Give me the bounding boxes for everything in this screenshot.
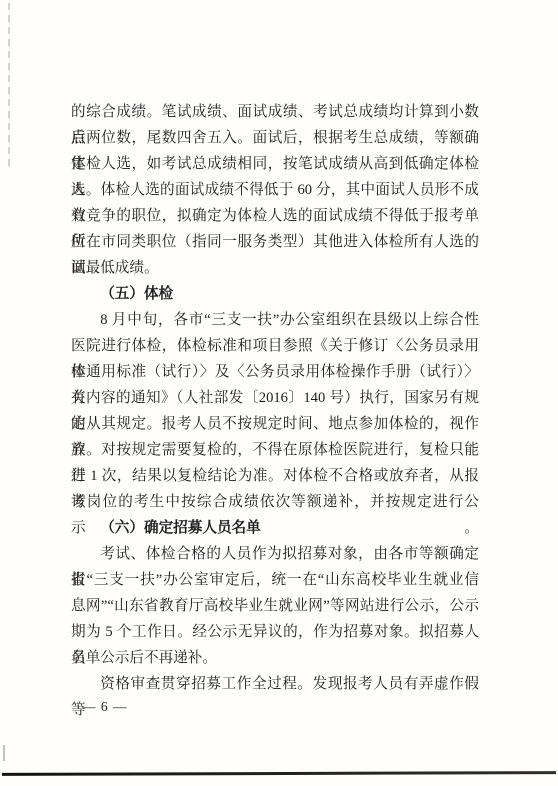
document-line: 弃。对按规定需要复检的，不得在原体检医院进行，复检只能进	[71, 437, 479, 463]
document-page: 的综合成绩。笔试成绩、面试成绩、考试总成绩均计算到小数点后两位数，尾数四舍五入。…	[0, 0, 558, 786]
section-heading-line: （五）体检	[71, 281, 479, 307]
document-line: 省“三支一扶”办公室审定后，统一在“山东高校毕业生就业信	[71, 567, 479, 593]
document-line: 关内容的通知》（人社部发〔2016〕140 号）执行，国家另有规定	[71, 385, 479, 411]
document-line: 效竞争的职位，拟确定为体检人选的面试成绩不得低于报考单位	[71, 203, 479, 229]
bottom-scan-line	[2, 771, 556, 776]
document-line: 医院进行体检，体检标准和项目参照《关于修订〈公务员录用体	[71, 333, 479, 359]
document-line: 行 1 次，结果以复检结论为准。对体检不合格或放弃者，从报考	[71, 463, 479, 489]
left-edge-scan-artifact-lower	[3, 745, 5, 761]
document-line: 试最低成绩。	[71, 255, 479, 281]
page-number: — 6 —	[82, 698, 128, 716]
document-line: 名单公示后不再递补。	[71, 645, 479, 671]
document-line: 该岗位的考生中按综合成绩依次等额递补，并按规定进行公示。	[71, 489, 479, 515]
document-line: 检通用标准（试行）〉及〈公务员录用体检操作手册（试行）〉有	[71, 359, 479, 385]
document-line: 后两位数，尾数四舍五入。面试后，根据考生总成绩，等额确定	[71, 125, 479, 151]
document-line: 的从其规定。报考人员不按规定时间、地点参加体检的，视作放	[71, 411, 479, 437]
document-line: 资格审查贯穿招募工作全过程。发现报考人员有弄虚作假等	[71, 671, 479, 697]
text-block: 的综合成绩。笔试成绩、面试成绩、考试总成绩均计算到小数点后两位数，尾数四舍五入。…	[71, 99, 479, 697]
document-line: 所在市同类职位（指同一服务类型）其他进入体检所有人选的面	[71, 229, 479, 255]
left-edge-scan-artifact	[8, 3, 10, 168]
document-line: 期为 5 个工作日。经公示无异议的，作为招募对象。拟招募人员	[71, 619, 479, 645]
document-line: 考试、体检合格的人员作为拟招募对象，由各市等额确定报	[71, 541, 479, 567]
document-line: 的综合成绩。笔试成绩、面试成绩、考试总成绩均计算到小数点	[71, 99, 479, 125]
document-line: 息网”“山东省教育厅高校毕业生就业网”等网站进行公示，公示	[71, 593, 479, 619]
document-line: 体检人选，如考试总成绩相同，按笔试成绩从高到低确定体检人	[71, 151, 479, 177]
document-line: 8 月中旬，各市“三支一扶”办公室组织在县级以上综合性	[71, 307, 479, 333]
document-line: 选。体检人选的面试成绩不得低于 60 分，其中面试人员形不成有	[71, 177, 479, 203]
